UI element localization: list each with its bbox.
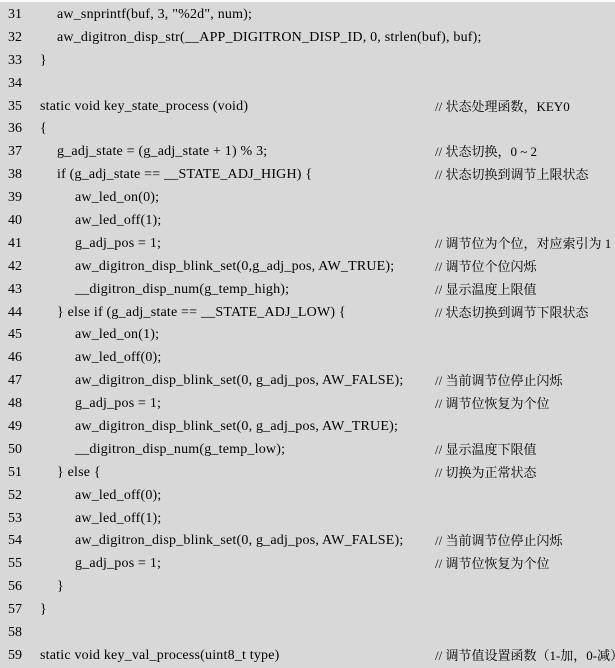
line-number: 59 — [8, 645, 22, 668]
code-text: g_adj_pos = 1; — [75, 553, 161, 576]
code-line: 45aw_led_on(1); — [0, 324, 615, 347]
line-number: 35 — [8, 96, 22, 119]
line-number: 36 — [8, 118, 22, 141]
code-text: } — [57, 576, 64, 599]
code-line: 34 — [0, 73, 615, 96]
line-number: 51 — [8, 462, 22, 485]
code-line: 36{ — [0, 118, 615, 141]
code-comment: // 调节位为个位，对应索引为 1 — [435, 233, 611, 256]
code-comment: // 当前调节位停止闪烁 — [435, 530, 562, 553]
code-text: aw_led_off(1); — [75, 508, 162, 531]
line-number: 48 — [8, 393, 22, 416]
line-number: 57 — [8, 599, 22, 622]
line-number: 43 — [8, 279, 22, 302]
code-comment: // 状态处理函数，KEY0 — [435, 96, 570, 119]
line-number: 44 — [8, 302, 22, 325]
line-number: 46 — [8, 347, 22, 370]
code-line: 32aw_digitron_disp_str(__APP_DIGITRON_DI… — [0, 27, 615, 50]
code-line: 35static void key_state_process (void)//… — [0, 96, 615, 119]
line-number: 47 — [8, 370, 22, 393]
code-line: 55g_adj_pos = 1;// 调节位恢复为个位 — [0, 553, 615, 576]
line-number: 54 — [8, 530, 22, 553]
code-text: aw_digitron_disp_blink_set(0, g_adj_pos,… — [75, 530, 403, 553]
code-comment: // 调节位个位闪烁 — [435, 256, 536, 279]
code-line: 39aw_led_on(0); — [0, 187, 615, 210]
line-number: 45 — [8, 324, 22, 347]
line-number: 56 — [8, 576, 22, 599]
line-number: 41 — [8, 233, 22, 256]
line-number: 33 — [8, 50, 22, 73]
code-text: static void key_state_process (void) — [40, 96, 248, 119]
code-line: 41g_adj_pos = 1;// 调节位为个位，对应索引为 1 — [0, 233, 615, 256]
code-comment: // 调节位恢复为个位 — [435, 393, 549, 416]
code-text: aw_digitron_disp_blink_set(0, g_adj_pos,… — [75, 416, 398, 439]
code-line: 53aw_led_off(1); — [0, 508, 615, 531]
code-line: 51} else {// 切换为正常状态 — [0, 462, 615, 485]
code-line: 47aw_digitron_disp_blink_set(0, g_adj_po… — [0, 370, 615, 393]
code-comment: // 切换为正常状态 — [435, 462, 536, 485]
line-number: 32 — [8, 27, 22, 50]
code-comment: // 状态切换到调节上限状态 — [435, 164, 588, 187]
code-line: 57} — [0, 599, 615, 622]
line-number: 53 — [8, 508, 22, 531]
code-line: 40aw_led_off(1); — [0, 210, 615, 233]
code-text: static void key_val_process(uint8_t type… — [40, 645, 280, 668]
line-number: 50 — [8, 439, 22, 462]
code-text: aw_led_off(0); — [75, 485, 162, 508]
code-text: aw_led_off(0); — [75, 347, 162, 370]
line-number: 34 — [8, 73, 22, 96]
line-number: 49 — [8, 416, 22, 439]
code-line: 52aw_led_off(0); — [0, 485, 615, 508]
code-text: aw_led_on(1); — [75, 324, 159, 347]
code-text: { — [40, 118, 47, 141]
code-text: g_adj_state = (g_adj_state + 1) % 3; — [57, 141, 267, 164]
code-text: } else { — [57, 462, 101, 485]
line-number: 42 — [8, 256, 22, 279]
code-text: aw_led_on(0); — [75, 187, 159, 210]
code-text: g_adj_pos = 1; — [75, 233, 161, 256]
line-number: 40 — [8, 210, 22, 233]
code-line: 33} — [0, 50, 615, 73]
code-text: aw_digitron_disp_blink_set(0,g_adj_pos, … — [75, 256, 394, 279]
code-text: __digitron_disp_num(g_temp_high); — [75, 279, 289, 302]
code-line: 44} else if (g_adj_state == __STATE_ADJ_… — [0, 302, 615, 325]
code-text: } — [40, 50, 47, 73]
line-number: 38 — [8, 164, 22, 187]
code-line: 59static void key_val_process(uint8_t ty… — [0, 645, 615, 668]
line-number: 37 — [8, 141, 22, 164]
code-line: 58 — [0, 622, 615, 645]
line-number: 39 — [8, 187, 22, 210]
code-text: if (g_adj_state == __STATE_ADJ_HIGH) { — [57, 164, 312, 187]
code-text: } — [40, 599, 47, 622]
code-line: 37g_adj_state = (g_adj_state + 1) % 3;//… — [0, 141, 615, 164]
code-line: 31aw_snprintf(buf, 3, "%2d", num); — [0, 4, 615, 27]
code-comment: // 调节位恢复为个位 — [435, 553, 549, 576]
code-comment: // 显示温度上限值 — [435, 279, 536, 302]
line-number: 55 — [8, 553, 22, 576]
code-line: 48g_adj_pos = 1;// 调节位恢复为个位 — [0, 393, 615, 416]
code-line: 56} — [0, 576, 615, 599]
code-comment: // 调节值设置函数（1-加，0-减） — [435, 645, 615, 668]
code-line: 38if (g_adj_state == __STATE_ADJ_HIGH) {… — [0, 164, 615, 187]
code-text: aw_digitron_disp_str(__APP_DIGITRON_DISP… — [57, 27, 482, 50]
code-text: __digitron_disp_num(g_temp_low); — [75, 439, 285, 462]
code-text: aw_snprintf(buf, 3, "%2d", num); — [57, 4, 252, 27]
code-line: 42aw_digitron_disp_blink_set(0,g_adj_pos… — [0, 256, 615, 279]
code-text: aw_digitron_disp_blink_set(0, g_adj_pos,… — [75, 370, 403, 393]
code-line: 49aw_digitron_disp_blink_set(0, g_adj_po… — [0, 416, 615, 439]
line-number: 52 — [8, 485, 22, 508]
code-comment: // 状态切换，0 ~ 2 — [435, 141, 537, 164]
code-line: 46aw_led_off(0); — [0, 347, 615, 370]
code-comment: // 显示温度下限值 — [435, 439, 536, 462]
code-line: 50__digitron_disp_num(g_temp_low);// 显示温… — [0, 439, 615, 462]
code-text: g_adj_pos = 1; — [75, 393, 161, 416]
code-text: aw_led_off(1); — [75, 210, 162, 233]
code-line: 43__digitron_disp_num(g_temp_high);// 显示… — [0, 279, 615, 302]
code-listing: 31aw_snprintf(buf, 3, "%2d", num);32aw_d… — [0, 0, 615, 668]
code-line: 54aw_digitron_disp_blink_set(0, g_adj_po… — [0, 530, 615, 553]
code-text: } else if (g_adj_state == __STATE_ADJ_LO… — [57, 302, 346, 325]
code-comment: // 状态切换到调节下限状态 — [435, 302, 588, 325]
line-number: 58 — [8, 622, 22, 645]
line-number: 31 — [8, 4, 22, 27]
code-comment: // 当前调节位停止闪烁 — [435, 370, 562, 393]
